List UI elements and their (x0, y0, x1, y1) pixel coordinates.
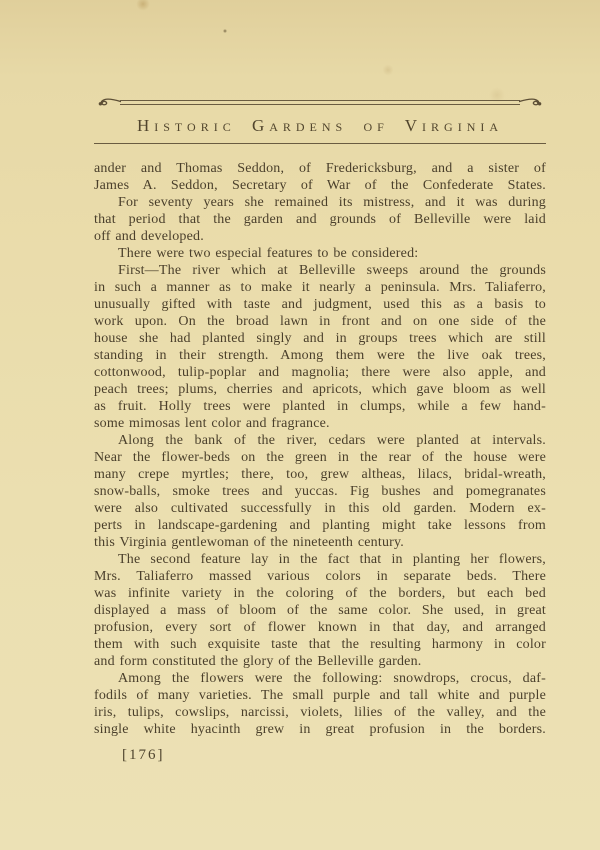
paragraph: ander and Thomas Seddon, of Fredericksbu… (94, 160, 546, 194)
text-line: displayed a mass of bloom of the same co… (94, 602, 546, 619)
text-line: house she had planted singly and in grou… (94, 330, 546, 347)
text-line: off and developed. (94, 228, 546, 245)
text-line: were also cultivated successfully in thi… (94, 500, 546, 517)
text-line: unusually gifted with taste and judgment… (94, 296, 546, 313)
text-line: some mimosas lent color and fragrance. (94, 415, 546, 432)
ornamental-rule (97, 97, 543, 108)
paragraph: First—The river which at Belleville swee… (94, 262, 546, 432)
paragraph: The second feature lay in the fact that … (94, 551, 546, 670)
text-line: standing in their strength. Among them w… (94, 347, 546, 364)
text-line: There were two especial features to be c… (94, 245, 546, 262)
text-line: perts in landscape-gardening and plantin… (94, 517, 546, 534)
header-rule (94, 143, 546, 144)
text-line: James A. Seddon, Secretary of War of the… (94, 177, 546, 194)
text-line: iris, tulips, cowslips, narcissi, violet… (94, 704, 546, 721)
text-line: this Virginia gentlewoman of the ninetee… (94, 534, 546, 551)
text-line: that period that the garden and grounds … (94, 211, 546, 228)
text-line: First—The river which at Belleville swee… (94, 262, 546, 279)
text-line: For seventy years she remained its mistr… (94, 194, 546, 211)
text-line: Along the bank of the river, cedars were… (94, 432, 546, 449)
page-content: Historic Gardens of Virginia ander and T… (94, 97, 546, 764)
paragraph: There were two especial features to be c… (94, 245, 546, 262)
text-line: in such a manner as to make it nearly a … (94, 279, 546, 296)
text-line: snow-balls, smoke trees and yuccas. Fig … (94, 483, 546, 500)
text-line: Near the flower-beds on the green in the… (94, 449, 546, 466)
page-body: ander and Thomas Seddon, of Fredericksbu… (94, 160, 546, 738)
text-line: them with such exquisite taste that the … (94, 636, 546, 653)
text-line: single white hyacinth grew in great prof… (94, 721, 546, 738)
text-line: work upon. On the broad lawn in front an… (94, 313, 546, 330)
text-line: fodils of many varieties. The small purp… (94, 687, 546, 704)
running-head: Historic Gardens of Virginia (94, 115, 546, 136)
text-line: profusion, every sort of flower known in… (94, 619, 546, 636)
text-line: Among the flowers were the following: sn… (94, 670, 546, 687)
paragraph: For seventy years she remained its mistr… (94, 194, 546, 245)
text-line: Mrs. Taliaferro massed various colors in… (94, 568, 546, 585)
text-line: and form constituted the glory of the Be… (94, 653, 546, 670)
text-line: many crepe myrtles; there, too, grew alt… (94, 466, 546, 483)
paragraph: Along the bank of the river, cedars were… (94, 432, 546, 551)
text-line: was infinite variety in the coloring of … (94, 585, 546, 602)
scroll-ornament-icon (519, 97, 543, 108)
paragraph: Among the flowers were the following: sn… (94, 670, 546, 738)
page-number: [176] (122, 747, 546, 764)
double-rule-line (120, 100, 520, 105)
book-page: Historic Gardens of Virginia ander and T… (0, 0, 600, 850)
text-line: peach trees; plums, cherries and apricot… (94, 381, 546, 398)
text-line: The second feature lay in the fact that … (94, 551, 546, 568)
text-line: as fruit. Holly trees were planted in cl… (94, 398, 546, 415)
text-line: cottonwood, tulip-poplar and magnolia; t… (94, 364, 546, 381)
text-line: ander and Thomas Seddon, of Fredericksbu… (94, 160, 546, 177)
scroll-ornament-icon (97, 97, 121, 108)
